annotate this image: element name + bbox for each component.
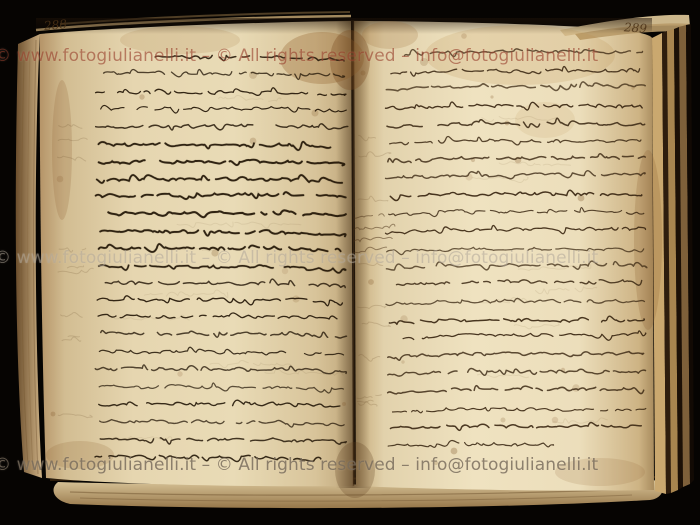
open-book-image xyxy=(0,0,700,525)
manuscript-photo: 288 289 © www.fotogiulianelli.it – © All… xyxy=(0,0,700,525)
